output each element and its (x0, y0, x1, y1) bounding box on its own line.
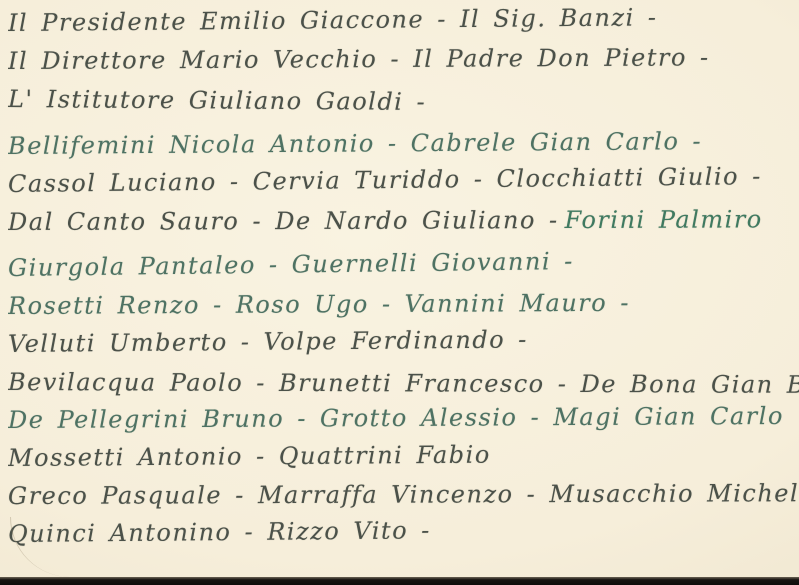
photo-bottom-edge (0, 577, 799, 585)
handwritten-line: Dal Canto Sauro - De Nardo Giuliano - Fo… (8, 200, 799, 241)
handwritten-line: Mossetti Antonio - Quattrini Fabio (8, 433, 799, 477)
handwritten-line: Giurgola Pantaleo - Guernelli Giovanni - (8, 239, 799, 287)
handwritten-note-photo: Il Presidente Emilio Giaccone - Il Sig. … (0, 0, 799, 585)
handwritten-line-segment-green-ink: Forini Palmiro (565, 205, 763, 234)
handwritten-lines: Il Presidente Emilio Giaccone - Il Sig. … (8, 4, 799, 575)
handwritten-line: Il Direttore Mario Vecchio - Il Padre Do… (8, 38, 799, 80)
handwritten-line: L' Istitutore Giuliano Gaoldi - (8, 80, 799, 124)
handwritten-line: Velluti Umberto - Volpe Ferdinando - (8, 318, 799, 363)
handwritten-line-segment: Dal Canto Sauro - De Nardo Giuliano - (8, 206, 559, 236)
handwritten-line: Cassol Luciano - Cervia Turiddo - Clocch… (8, 157, 799, 203)
handwritten-line: De Pellegrini Bruno - Grotto Alessio - M… (8, 397, 799, 439)
handwritten-line: Quinci Antonino - Rizzo Vito - (8, 508, 799, 553)
handwritten-line: Il Presidente Emilio Giaccone - Il Sig. … (8, 0, 799, 42)
